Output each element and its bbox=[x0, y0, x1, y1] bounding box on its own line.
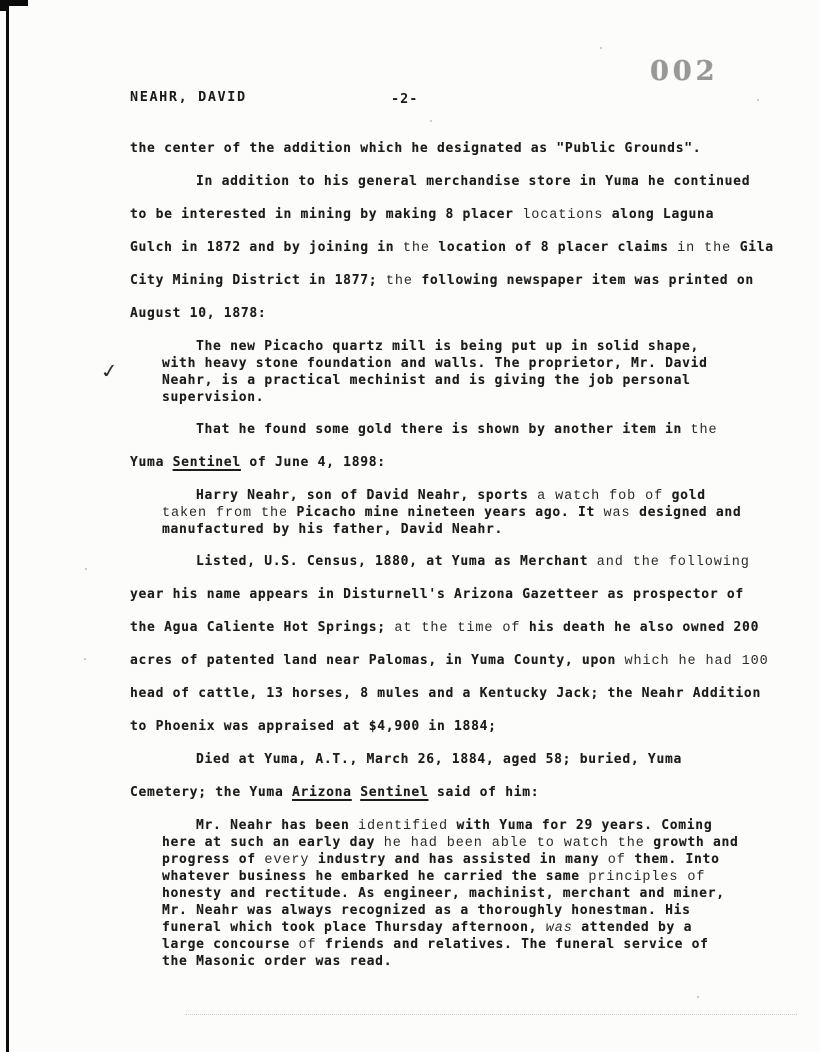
text-run: City Mining District in 1877; bbox=[130, 273, 386, 288]
text-run: designed and bbox=[631, 505, 742, 520]
text-run: of bbox=[608, 853, 626, 868]
text-run: August 10, 1878: bbox=[130, 306, 266, 321]
text-line: with heavy stone foundation and walls. T… bbox=[162, 355, 794, 372]
text-run: Listed, U.S. Census, 1880, at Yuma as Me… bbox=[196, 554, 597, 569]
text-run: Mr. Neahr has been bbox=[196, 818, 358, 833]
text-line: head of cattle, 13 horses, 8 mules and a… bbox=[130, 677, 794, 710]
text-run: of June 4, 1898: bbox=[241, 455, 386, 470]
text-run: Gulch in 1872 and by joining in bbox=[130, 240, 403, 255]
text-run: Yuma bbox=[130, 455, 173, 470]
text-run: Picacho mine nineteen years ago. It bbox=[288, 505, 604, 520]
text-run: industry and has assisted in many bbox=[309, 852, 607, 867]
text-run: the Agua Caliente Hot Springs; bbox=[130, 620, 394, 635]
text-run: to be interested in mining by making 8 p… bbox=[130, 207, 522, 222]
text-run: locations bbox=[522, 208, 603, 223]
text-line: Died at Yuma, A.T., March 26, 1884, aged… bbox=[130, 743, 794, 776]
text-run: whatever business he embarked he carried… bbox=[162, 869, 588, 884]
text-line: the center of the addition which he desi… bbox=[130, 132, 794, 165]
text-run: with heavy stone foundation and walls. T… bbox=[162, 356, 708, 371]
text-line: whatever business he embarked he carried… bbox=[162, 868, 794, 885]
text-line: progress of every industry and has assis… bbox=[162, 851, 794, 868]
paragraph-block: the center of the addition which he desi… bbox=[130, 132, 794, 165]
text-run: acres of patented land near Palomas, in … bbox=[130, 653, 625, 668]
text-run: manufactured by his father, David Neahr. bbox=[162, 522, 503, 537]
text-run bbox=[352, 785, 361, 800]
text-line: Listed, U.S. Census, 1880, at Yuma as Me… bbox=[130, 545, 794, 578]
text-line: large concourse of friends and relatives… bbox=[162, 936, 794, 953]
text-run: supervision. bbox=[162, 390, 264, 405]
scan-speck bbox=[84, 658, 86, 660]
scan-edge-line bbox=[6, 0, 9, 1052]
text-run: Harry Neahr, son of David Neahr, sports bbox=[196, 488, 537, 503]
text-line: Mr. Neahr was always recognized as a tho… bbox=[162, 902, 794, 919]
text-line: manufactured by his father, David Neahr. bbox=[162, 521, 794, 538]
text-run: growth and bbox=[645, 835, 739, 850]
scan-corner-mark bbox=[0, 6, 9, 11]
text-run: Mr. Neahr was always recognized as a tho… bbox=[162, 903, 691, 918]
text-run: in the bbox=[677, 241, 731, 256]
text-run: Sentinel bbox=[360, 785, 428, 800]
text-run: head of cattle, 13 horses, 8 mules and a… bbox=[130, 686, 761, 701]
text-run: gold bbox=[663, 488, 706, 503]
text-run: the bbox=[403, 241, 430, 256]
text-run: the center of the addition which he desi… bbox=[130, 141, 701, 156]
text-run: his death he also owned 200 bbox=[520, 620, 759, 635]
scan-bottom-edge bbox=[185, 1014, 797, 1015]
document-body: the center of the addition which he desi… bbox=[130, 132, 794, 970]
text-run: friends and relatives. The funeral servi… bbox=[316, 937, 708, 952]
text-run: the Masonic order was read. bbox=[162, 954, 392, 969]
text-line: to Phoenix was appraised at $4,900 in 18… bbox=[130, 710, 794, 743]
text-run: location of 8 placer claims bbox=[430, 240, 677, 255]
text-run: and the following bbox=[597, 555, 750, 570]
scanned-page: 002 NEAHR, DAVID -2- ✓ the center of the… bbox=[0, 0, 820, 1052]
text-line: August 10, 1878: bbox=[130, 297, 794, 330]
scan-speck bbox=[757, 99, 759, 101]
text-run: That he found some gold there is shown b… bbox=[196, 422, 691, 437]
scan-speck bbox=[600, 47, 602, 49]
text-run: honesty and rectitude. As engineer, mach… bbox=[162, 886, 725, 901]
text-line: Yuma Sentinel of June 4, 1898: bbox=[130, 446, 794, 479]
text-line: taken from the Picacho mine nineteen yea… bbox=[162, 504, 794, 521]
text-run: every bbox=[264, 853, 309, 868]
text-run: Neahr, is a practical mechinist and is g… bbox=[162, 373, 691, 388]
paragraph-block: In addition to his general merchandise s… bbox=[130, 165, 794, 330]
quote-block: Mr. Neahr has been identified with Yuma … bbox=[130, 817, 794, 970]
page-number: -2- bbox=[391, 91, 418, 107]
text-run: attended by a bbox=[573, 920, 692, 935]
text-run: at the time of bbox=[394, 621, 520, 636]
text-run: Cemetery; the Yuma bbox=[130, 785, 292, 800]
page-stamp-number: 002 bbox=[650, 56, 718, 87]
text-run: was bbox=[604, 506, 631, 521]
text-line: supervision. bbox=[162, 389, 794, 406]
text-line: That he found some gold there is shown b… bbox=[130, 413, 794, 446]
text-line: In addition to his general merchandise s… bbox=[130, 165, 794, 198]
quote-block: The new Picacho quartz mill is being put… bbox=[130, 338, 794, 406]
margin-checkmark: ✓ bbox=[98, 359, 121, 383]
text-run: with Yuma for 29 years. Coming bbox=[448, 818, 712, 833]
text-line: City Mining District in 1877; the follow… bbox=[130, 264, 794, 297]
paragraph-block: Died at Yuma, A.T., March 26, 1884, aged… bbox=[130, 743, 794, 809]
text-run: large concourse bbox=[162, 937, 298, 952]
quote-block: Harry Neahr, son of David Neahr, sports … bbox=[130, 487, 794, 538]
paragraph-block: Listed, U.S. Census, 1880, at Yuma as Me… bbox=[130, 545, 794, 743]
text-line: Neahr, is a practical mechinist and is g… bbox=[162, 372, 794, 389]
scan-speck bbox=[430, 120, 432, 122]
text-run: The new Picacho quartz mill is being put… bbox=[196, 339, 699, 354]
text-run: the bbox=[691, 423, 718, 438]
text-line: Harry Neahr, son of David Neahr, sports … bbox=[162, 487, 794, 504]
text-run: Died at Yuma, A.T., March 26, 1884, aged… bbox=[196, 752, 682, 767]
text-run: principles of bbox=[588, 870, 705, 885]
text-line: to be interested in mining by making 8 p… bbox=[130, 198, 794, 231]
text-run: Arizona bbox=[292, 785, 352, 800]
text-line: honesty and rectitude. As engineer, mach… bbox=[162, 885, 794, 902]
text-line: acres of patented land near Palomas, in … bbox=[130, 644, 794, 677]
text-run: following newspaper item was printed on bbox=[413, 273, 754, 288]
text-run: a watch fob of bbox=[537, 489, 663, 504]
text-line: Mr. Neahr has been identified with Yuma … bbox=[162, 817, 794, 834]
text-run: In addition to his general merchandise s… bbox=[196, 174, 750, 189]
text-run: them. Into bbox=[626, 852, 720, 867]
text-run: the bbox=[386, 274, 413, 289]
paragraph-block: That he found some gold there is shown b… bbox=[130, 413, 794, 479]
text-line: funeral which took place Thursday aftern… bbox=[162, 919, 794, 936]
text-run: progress of bbox=[162, 852, 264, 867]
text-run: identified bbox=[358, 819, 448, 834]
text-run: Sentinel bbox=[173, 455, 241, 470]
document-subject-header: NEAHR, DAVID bbox=[130, 89, 247, 105]
text-run: year his name appears in Disturnell's Ar… bbox=[130, 587, 744, 602]
text-run: he had been able to watch the bbox=[384, 836, 645, 851]
text-run: funeral which took place Thursday aftern… bbox=[162, 920, 546, 935]
scan-speck bbox=[85, 568, 87, 570]
text-run: along Laguna bbox=[603, 207, 714, 222]
text-line: year his name appears in Disturnell's Ar… bbox=[130, 578, 794, 611]
text-line: Gulch in 1872 and by joining in the loca… bbox=[130, 231, 794, 264]
text-line: the Masonic order was read. bbox=[162, 953, 794, 970]
text-line: here at such an early day he had been ab… bbox=[162, 834, 794, 851]
text-line: The new Picacho quartz mill is being put… bbox=[162, 338, 794, 355]
text-run: here at such an early day bbox=[162, 835, 384, 850]
text-run: Gila bbox=[731, 240, 774, 255]
text-line: the Agua Caliente Hot Springs; at the ti… bbox=[130, 611, 794, 644]
text-run: which he had 100 bbox=[625, 654, 769, 669]
scan-speck bbox=[697, 996, 699, 998]
text-run: taken from the bbox=[162, 506, 288, 521]
text-run: of bbox=[298, 938, 316, 953]
text-line: Cemetery; the Yuma Arizona Sentinel said… bbox=[130, 776, 794, 809]
text-run: said of him: bbox=[428, 785, 539, 800]
text-run: to Phoenix was appraised at $4,900 in 18… bbox=[130, 719, 497, 734]
text-run: was bbox=[546, 921, 573, 936]
